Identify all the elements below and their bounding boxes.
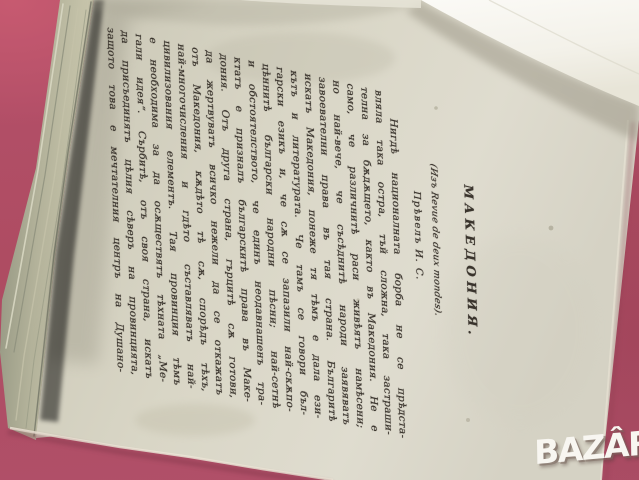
page-body: Нигдѣ националната борба не се прѣдста-в… (103, 26, 409, 440)
book-photo: МАКЕДОНИЯ. (Изъ Revue de deux mondes). П… (0, 0, 639, 480)
